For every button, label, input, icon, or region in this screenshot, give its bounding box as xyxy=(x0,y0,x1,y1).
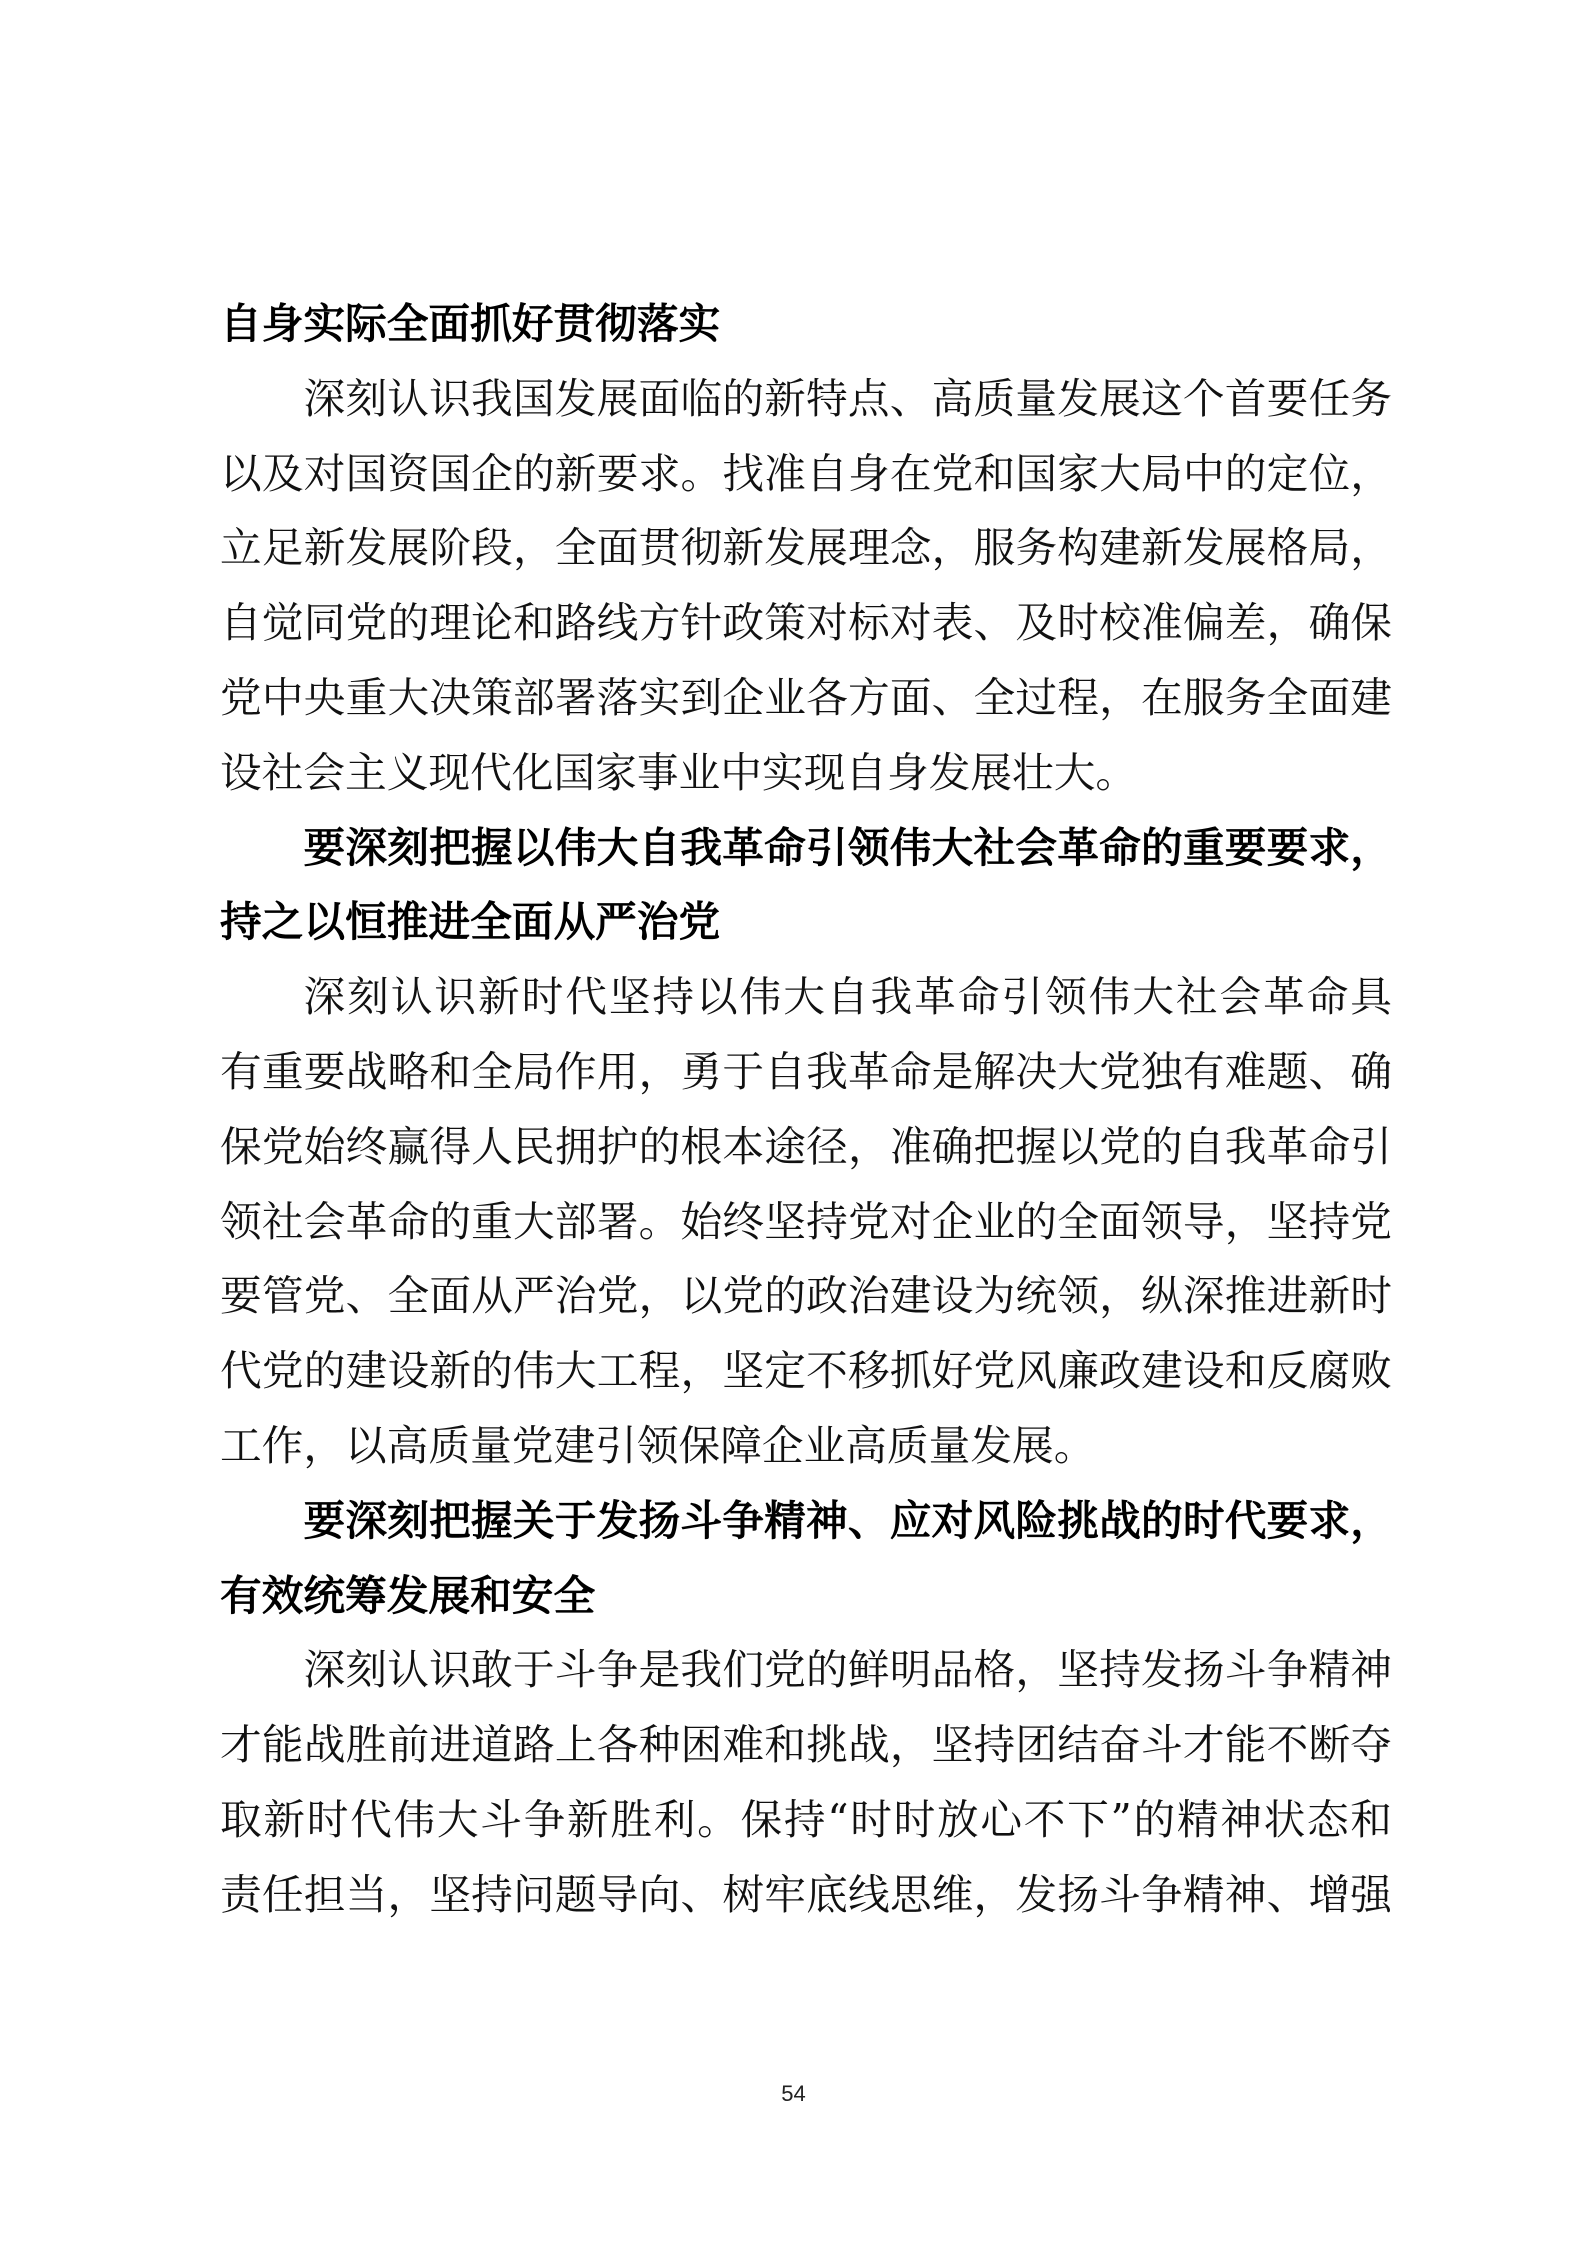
paragraph-line: 代党的建设新的伟大工程，坚定不移抓好党风廉政建设和反腐败 xyxy=(220,1342,1392,1417)
paragraph-line: 自觉同党的理论和路线方针政策对标对表、及时校准偏差，确保 xyxy=(220,594,1392,669)
paragraph-line: 党中央重大决策部署落实到企业各方面、全过程，在服务全面建 xyxy=(220,669,1392,744)
paragraph-line: 有重要战略和全局作用，勇于自我革命是解决大党独有难题、确 xyxy=(220,1043,1392,1118)
paragraph-struggle-spirit: 深刻认识敢于斗争是我们党的鲜明品格，坚持发扬斗争精神 才能战胜前进道路上各种困难… xyxy=(220,1641,1392,1940)
heading-line: 持之以恒推进全面从严治党 xyxy=(220,893,1392,968)
section-heading-self-revolution: 要深刻把握以伟大自我革命引领伟大社会革命的重要要求， 持之以恒推进全面从严治党 xyxy=(220,819,1392,969)
document-page: 自身实际全面抓好贯彻落实 深刻认识我国发展面临的新特点、高质量发展这个首要任务 … xyxy=(0,0,1587,2245)
paragraph-line: 工作，以高质量党建引领保障企业高质量发展。 xyxy=(220,1417,1392,1492)
paragraph-self-revolution: 深刻认识新时代坚持以伟大自我革命引领伟大社会革命具 有重要战略和全局作用，勇于自… xyxy=(220,968,1392,1492)
paragraph-line: 责任担当，坚持问题导向、树牢底线思维，发扬斗争精神、增强 xyxy=(220,1866,1392,1941)
paragraph-line: 深刻认识我国发展面临的新特点、高质量发展这个首要任务 xyxy=(220,370,1392,445)
paragraph-line: 立足新发展阶段，全面贯彻新发展理念，服务构建新发展格局， xyxy=(220,519,1392,594)
paragraph-line: 深刻认识新时代坚持以伟大自我革命引领伟大社会革命具 xyxy=(220,968,1392,1043)
document-body: 自身实际全面抓好贯彻落实 深刻认识我国发展面临的新特点、高质量发展这个首要任务 … xyxy=(220,295,1392,1941)
paragraph-line: 深刻认识敢于斗争是我们党的鲜明品格，坚持发扬斗争精神 xyxy=(220,1641,1392,1716)
paragraph-line: 保党始终赢得人民拥护的根本途径，准确把握以党的自我革命引 xyxy=(220,1118,1392,1193)
paragraph-line: 设社会主义现代化国家事业中实现自身发展壮大。 xyxy=(220,744,1392,819)
paragraph-national-development: 深刻认识我国发展面临的新特点、高质量发展这个首要任务 以及对国资国企的新要求。找… xyxy=(220,370,1392,819)
heading-line: 要深刻把握关于发扬斗争精神、应对风险挑战的时代要求， xyxy=(220,1492,1392,1567)
paragraph-line: 才能战胜前进道路上各种困难和挑战，坚持团结奋斗才能不断夺 xyxy=(220,1716,1392,1791)
paragraph-line: 要管党、全面从严治党，以党的政治建设为统领，纵深推进新时 xyxy=(220,1267,1392,1342)
page-number: 54 xyxy=(0,2081,1587,2107)
paragraph-line: 领社会革命的重大部署。始终坚持党对企业的全面领导，坚持党 xyxy=(220,1193,1392,1268)
paragraph-line: 取新时代伟大斗争新胜利。保持“时时放心不下”的精神状态和 xyxy=(220,1791,1392,1866)
heading-line: 要深刻把握以伟大自我革命引领伟大社会革命的重要要求， xyxy=(220,819,1392,894)
paragraph-line: 以及对国资国企的新要求。找准自身在党和国家大局中的定位， xyxy=(220,445,1392,520)
heading-line: 有效统筹发展和安全 xyxy=(220,1567,1392,1642)
heading-line: 自身实际全面抓好贯彻落实 xyxy=(220,295,1392,370)
section-heading-continuation: 自身实际全面抓好贯彻落实 xyxy=(220,295,1392,370)
section-heading-struggle-spirit: 要深刻把握关于发扬斗争精神、应对风险挑战的时代要求， 有效统筹发展和安全 xyxy=(220,1492,1392,1642)
